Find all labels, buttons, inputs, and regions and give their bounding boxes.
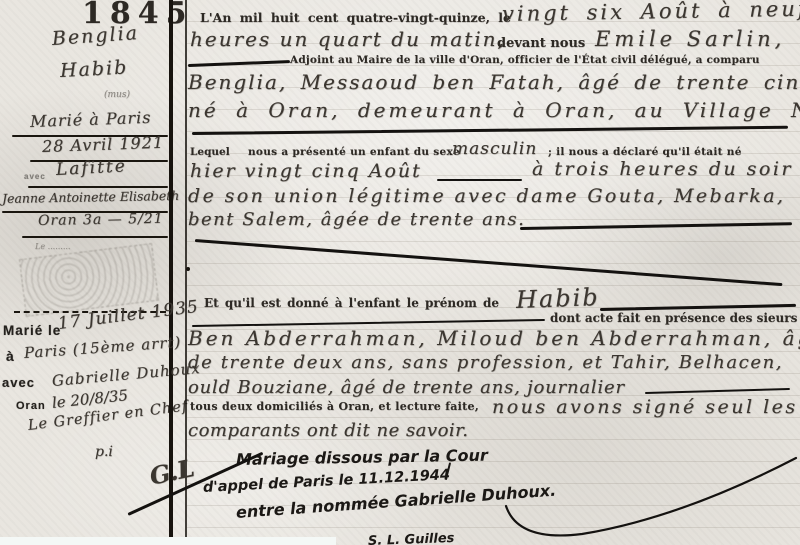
- cut-off-fragment: S. L. Guilles: [368, 531, 455, 545]
- margin-marriage1-place: Marié à Paris: [30, 108, 152, 131]
- scan-edge-strip: [0, 537, 336, 545]
- separator-flourish-line: [192, 126, 788, 135]
- act-line6-hand: masculin: [452, 139, 537, 159]
- margin-rule-5: [22, 236, 168, 238]
- act-line15-hand: nous avons signé seul les: [492, 396, 798, 418]
- act-line10-hand: Habib: [516, 283, 601, 314]
- pen-dot: [186, 267, 190, 271]
- margin-a-label: à: [6, 348, 15, 364]
- act-line16-hand: comparants ont dit ne savoir.: [188, 420, 469, 441]
- act-line10-printed: Et qu'il est donné à l'enfant le prénom …: [204, 296, 499, 310]
- line9-fill-rule: [520, 222, 792, 229]
- act-line3-printed: Adjoint au Maire de la ville d'Oran, off…: [290, 54, 760, 66]
- act-line14-hand: ould Bouziane, âgé de trente ans, journa…: [188, 377, 625, 398]
- act-line9-hand: bent Salem, âgée de trente ans.: [188, 209, 525, 230]
- act-line2-printed: devant nous: [497, 36, 585, 51]
- act-line8-hand: de son union légitime avec dame Gouta, M…: [188, 185, 785, 207]
- act-line7-hand-b: à trois heures du soir: [532, 158, 793, 180]
- margin-small-text: Le .........: [35, 242, 70, 251]
- act-line4-hand: Benglia, Messaoud ben Fatah, âgé de tren…: [188, 70, 800, 94]
- act-line12-hand: Ben Abderrahman, Miloud ben Abderrahman,…: [188, 326, 800, 350]
- act-line6-printed-b: nous a présenté un enfant du sexe: [248, 146, 460, 158]
- act-line15-printed: tous deux domiciliés à Oran, et lecture …: [190, 400, 479, 413]
- margin-marriage1-date: 28 Avril 1921: [42, 133, 165, 156]
- margin-child-surname: Benglia: [51, 22, 139, 50]
- act-line6-printed-c: ; il nous a déclaré qu'il était né: [548, 146, 742, 158]
- act-line13-hand: de trente deux ans, sans profession, et …: [188, 352, 783, 373]
- act-line2-hand-a: heures un quart du matin,: [190, 27, 506, 51]
- act-line2-hand-b: Emile Sarlin,: [595, 27, 785, 51]
- act-line7-hand-a: hier vingt cinq Août: [190, 160, 422, 182]
- margin-spouse1-surname: Lafitte: [55, 156, 127, 180]
- margin-marriage1-ref: Oran 3a — 5/21: [38, 211, 164, 229]
- civil-registry-scan: 1845 Benglia Habib (mus) Marié à Paris 2…: [0, 0, 800, 545]
- margin-tiny-note: (mus): [104, 90, 130, 100]
- margin-avec2-label: avec: [2, 375, 35, 390]
- blank-fill-dash: [437, 179, 522, 181]
- diagonal-strike-line: [195, 239, 783, 286]
- act-line1-printed: L'An mil huit cent quatre-vingt-quinze, …: [200, 10, 511, 25]
- pre-adjoint-dash: [188, 60, 290, 66]
- prenom-fill-rule: [600, 304, 796, 311]
- margin-pi: p.i: [95, 444, 113, 460]
- act-line11-printed: dont acte fait en présence des sieurs: [550, 311, 797, 325]
- act-line6-printed-a: Lequel: [190, 146, 230, 158]
- margin-spouse1-given: Jeanne Antoinette Elisabeth: [2, 188, 180, 206]
- margin-avec-label: avec: [24, 172, 46, 181]
- margin-issued-place: Oran: [16, 400, 46, 412]
- act-line1-hand: vingt six Août à neuf: [502, 0, 800, 26]
- act-line5-hand: né à Oran, demeurant à Oran, au Village …: [188, 98, 800, 122]
- margin-child-given: Habib: [59, 56, 128, 82]
- margin-marie-le-label: Marié le: [3, 323, 61, 338]
- journalier-fill-rule: [645, 388, 790, 394]
